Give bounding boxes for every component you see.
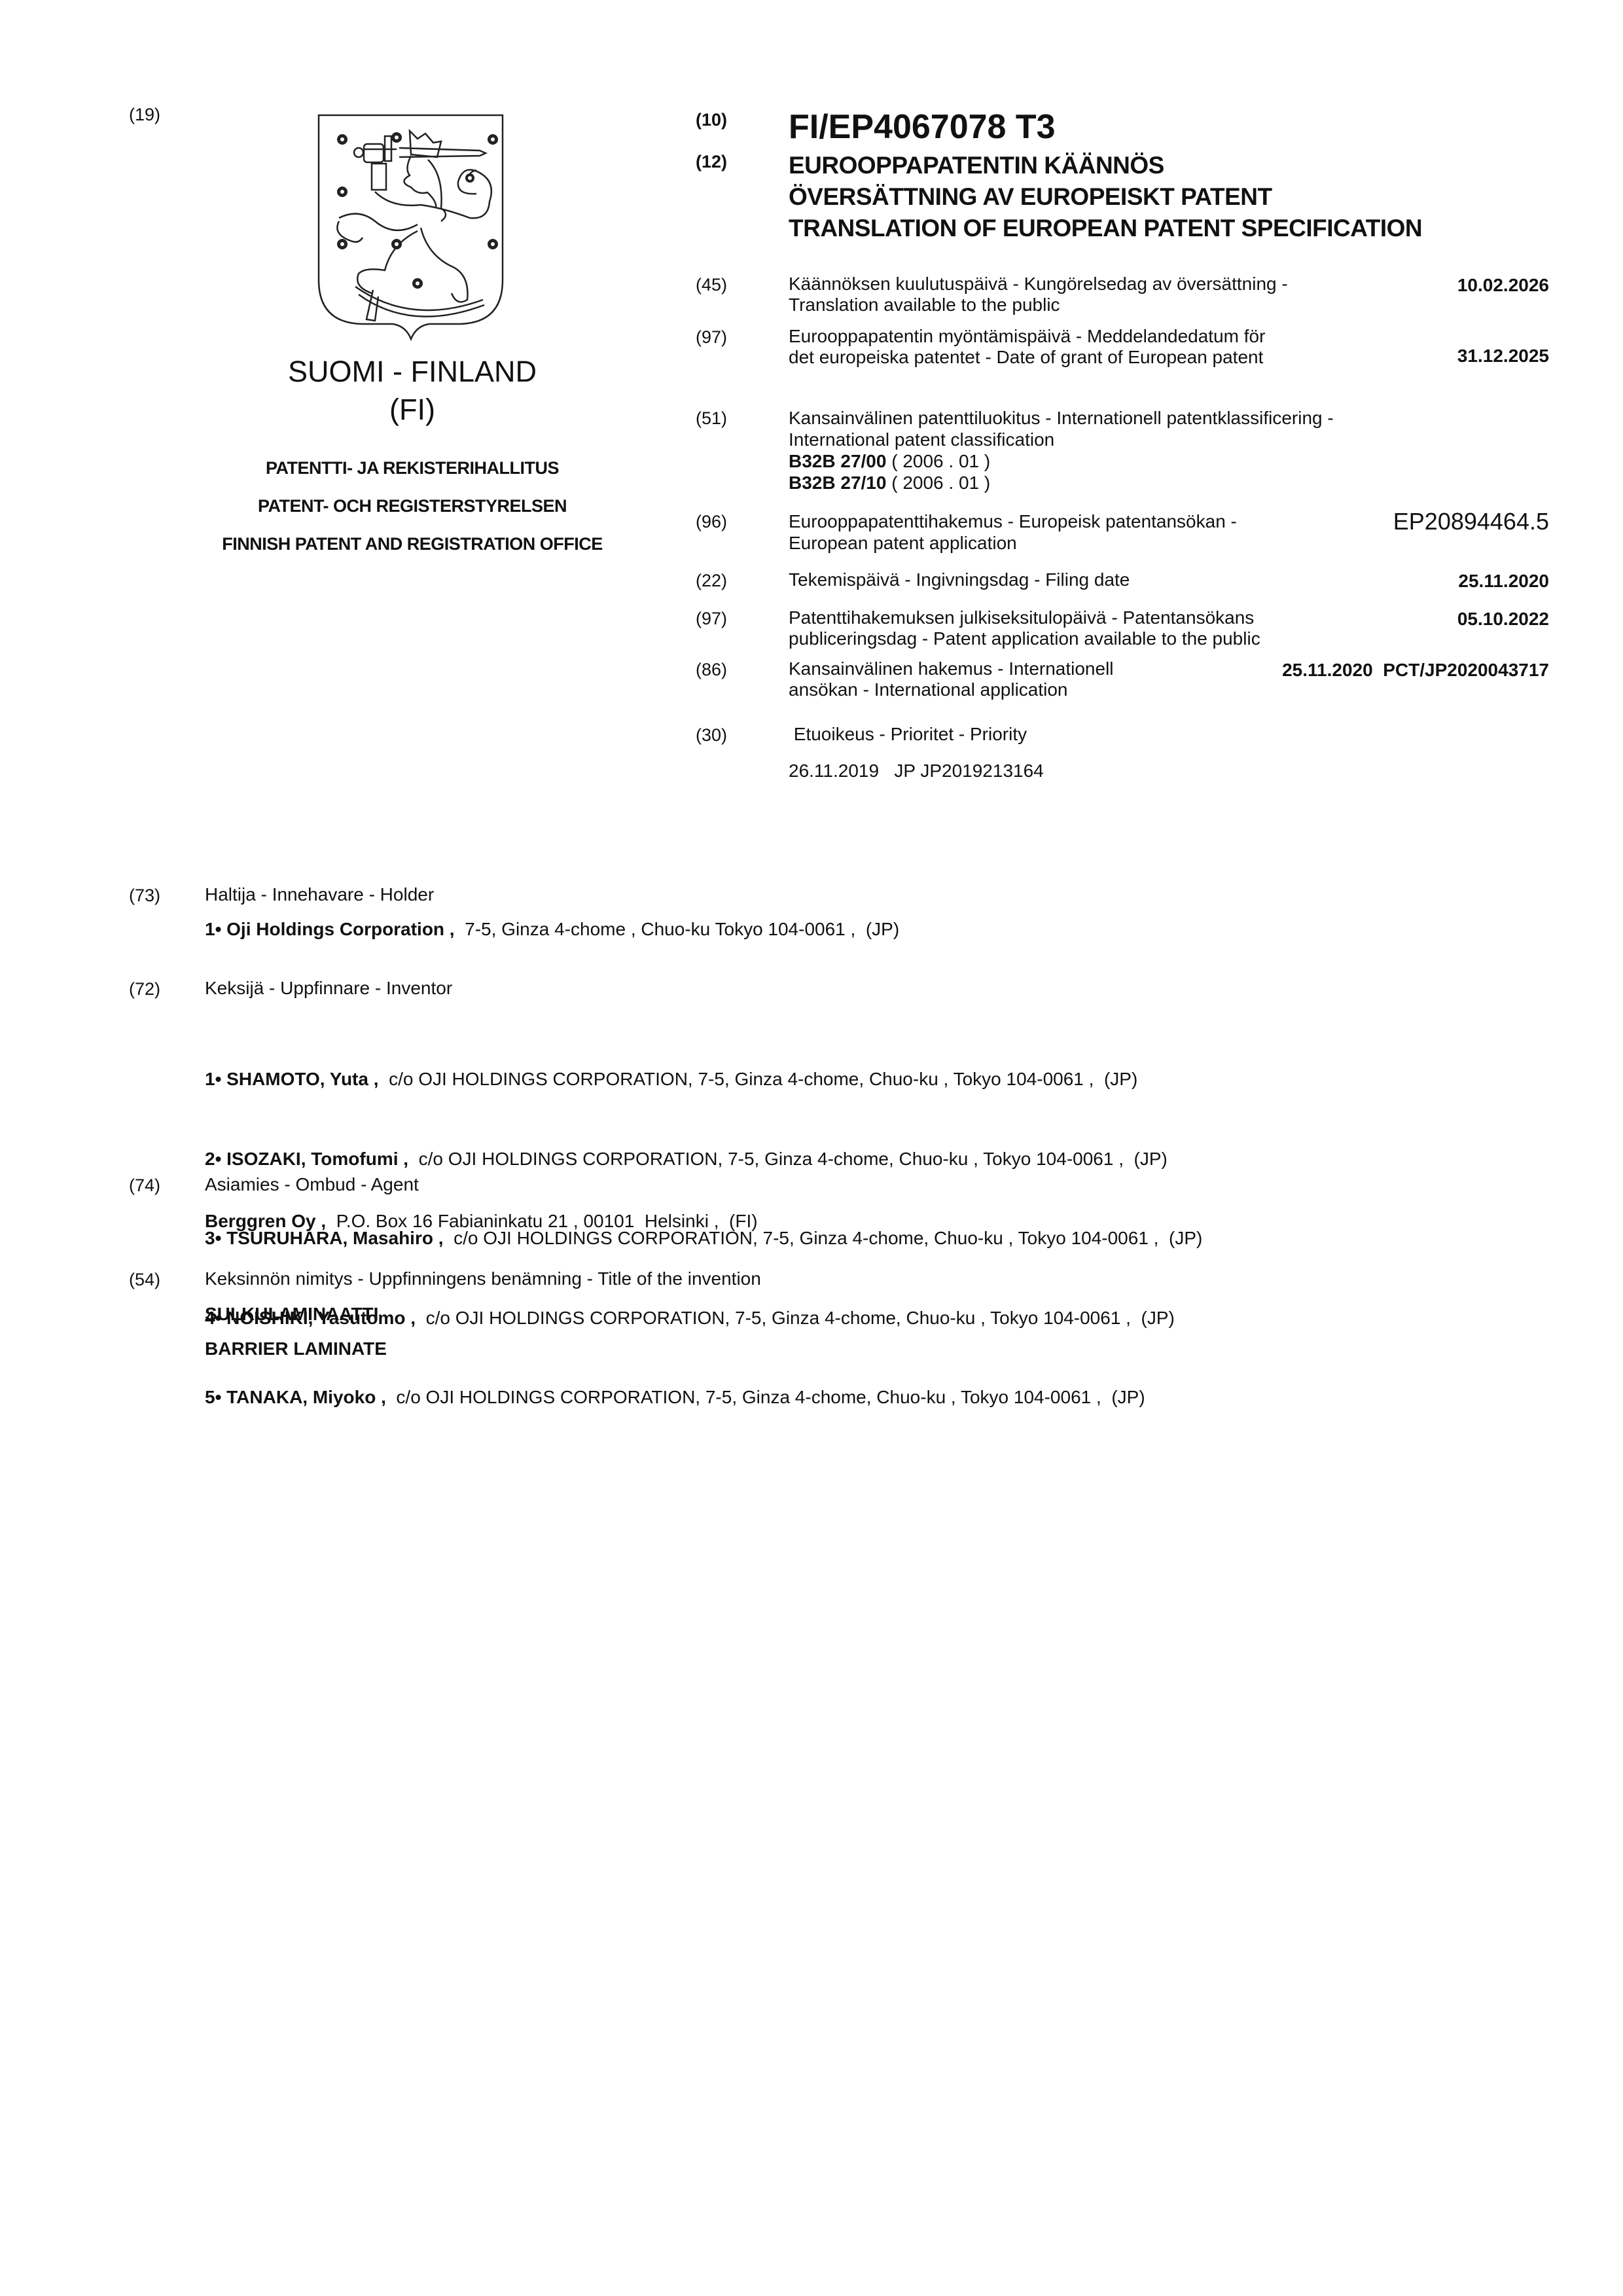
inid-45: (45) [696,275,727,295]
inid-97-publication: (97) [696,609,727,629]
label-line: Kansainvälinen hakemus - Internationell [789,658,1114,679]
grant-date: 31.12.2025 [1457,346,1549,367]
label-line: Eurooppapatenttihakemus - Europeisk pate… [789,511,1237,532]
title-label: Keksinnön nimitys - Uppfinningens benämn… [205,1268,761,1289]
office-name-sv: PATENT- OCH REGISTERSTYRELSEN [151,496,674,516]
agent-label: Asiamies - Ombud - Agent [205,1174,419,1195]
label-line: European patent application [789,532,1237,554]
ipc-version: ( 2006 . 01 ) [891,473,990,493]
label-line: Translation available to the public [789,295,1288,315]
inid-74: (74) [129,1175,160,1196]
filing-date-label: Tekemispäivä - Ingivningsdag - Filing da… [789,569,1130,590]
inventor-entry: 2• ISOZAKI, Tomofumi , c/o OJI HOLDINGS … [205,1146,1202,1173]
document-kind-sv: ÖVERSÄTTNING AV EUROPEISKT PATENT [789,183,1272,211]
inid-73: (73) [129,886,160,906]
agent-name: Berggren Oy , [205,1211,326,1231]
priority-label: Etuoikeus - Prioritet - Priority [789,724,1027,745]
holder-label: Haltija - Innehavare - Holder [205,884,434,905]
country-code: (FI) [151,393,674,427]
filing-date: 25.11.2020 [1458,571,1549,592]
holder-name: Oji Holdings Corporation , [226,919,454,939]
ipc-code: B32B 27/00 [789,451,886,471]
inid-97-grant: (97) [696,327,727,348]
international-application-value: 25.11.2020 PCT/JP2020043717 [1282,660,1549,681]
inventor-entry: 1• SHAMOTO, Yuta , c/o OJI HOLDINGS CORP… [205,1066,1202,1093]
international-application-label: Kansainvälinen hakemus - Internationell … [789,658,1114,700]
agent-address: P.O. Box 16 Fabianinkatu 21 , 00101 Hels… [336,1211,758,1231]
label-line: publiceringsdag - Patent application ava… [789,628,1260,649]
inid-12: (12) [696,152,727,172]
label-line: Patenttihakemuksen julkiseksitulopäivä -… [789,607,1260,628]
ipc-code: B32B 27/10 [789,473,886,493]
inventor-label: Keksijä - Uppfinnare - Inventor [205,978,452,999]
office-name-fi: PATENTTI- JA REKISTERIHALLITUS [151,458,674,478]
inid-72: (72) [129,979,160,999]
inid-54: (54) [129,1270,160,1290]
ep-application-number: EP20894464.5 [1393,508,1549,535]
inid-19: (19) [129,105,160,125]
inid-22: (22) [696,571,727,591]
inventor-entry: 5• TANAKA, Miyoko , c/o OJI HOLDINGS COR… [205,1384,1202,1411]
label-line: Eurooppapatentin myöntämispäivä - Meddel… [789,326,1265,347]
inid-10: (10) [696,110,727,130]
coat-of-arms-icon [313,110,509,343]
publication-number: FI/EP4067078 T3 [789,107,1056,147]
office-name-en: FINNISH PATENT AND REGISTRATION OFFICE [151,534,674,554]
ep-application-label: Eurooppapatenttihakemus - Europeisk pate… [789,511,1237,554]
label-line: Käännöksen kuulutuspäivä - Kungörelsedag… [789,274,1288,295]
ipc-class-1: B32B 27/00 ( 2006 . 01 ) [789,450,1334,472]
translation-publication-label: Käännöksen kuulutuspäivä - Kungörelsedag… [789,274,1288,315]
inid-51: (51) [696,408,727,429]
translation-publication-date: 10.02.2026 [1457,275,1549,296]
agent-entry: Berggren Oy , P.O. Box 16 Fabianinkatu 2… [205,1211,758,1232]
holder-entry: 1• Oji Holdings Corporation , 7-5, Ginza… [205,919,899,940]
inid-30: (30) [696,725,727,745]
document-kind-fi: EUROOPPAPATENTIN KÄÄNNÖS [789,152,1164,179]
entry-number: 1• [205,919,221,939]
holder-address: 7-5, Ginza 4-chome , Chuo-ku Tokyo 104-0… [465,919,899,939]
label-line: International patent classification [789,429,1334,450]
priority-value: 26.11.2019 JP JP2019213164 [789,761,1044,781]
invention-title-en: BARRIER LAMINATE [205,1338,387,1359]
invention-title-fi: SULKULAMINAATTI [205,1304,378,1325]
application-publication-label: Patenttihakemuksen julkiseksitulopäivä -… [789,607,1260,649]
application-publication-date: 05.10.2022 [1457,609,1549,630]
country-name: SUOMI - FINLAND [151,355,674,389]
label-line: det europeiska patentet - Date of grant … [789,347,1265,368]
label-line: Kansainvälinen patenttiluokitus - Intern… [789,407,1334,429]
grant-date-label: Eurooppapatentin myöntämispäivä - Meddel… [789,326,1265,368]
label-line: ansökan - International application [789,679,1114,700]
inid-86: (86) [696,660,727,680]
ipc-version: ( 2006 . 01 ) [891,451,990,471]
ipc-class-2: B32B 27/10 ( 2006 . 01 ) [789,472,1334,493]
document-kind-en: TRANSLATION OF EUROPEAN PATENT SPECIFICA… [789,215,1422,242]
classification-block: Kansainvälinen patenttiluokitus - Intern… [789,407,1334,493]
inid-96: (96) [696,512,727,532]
